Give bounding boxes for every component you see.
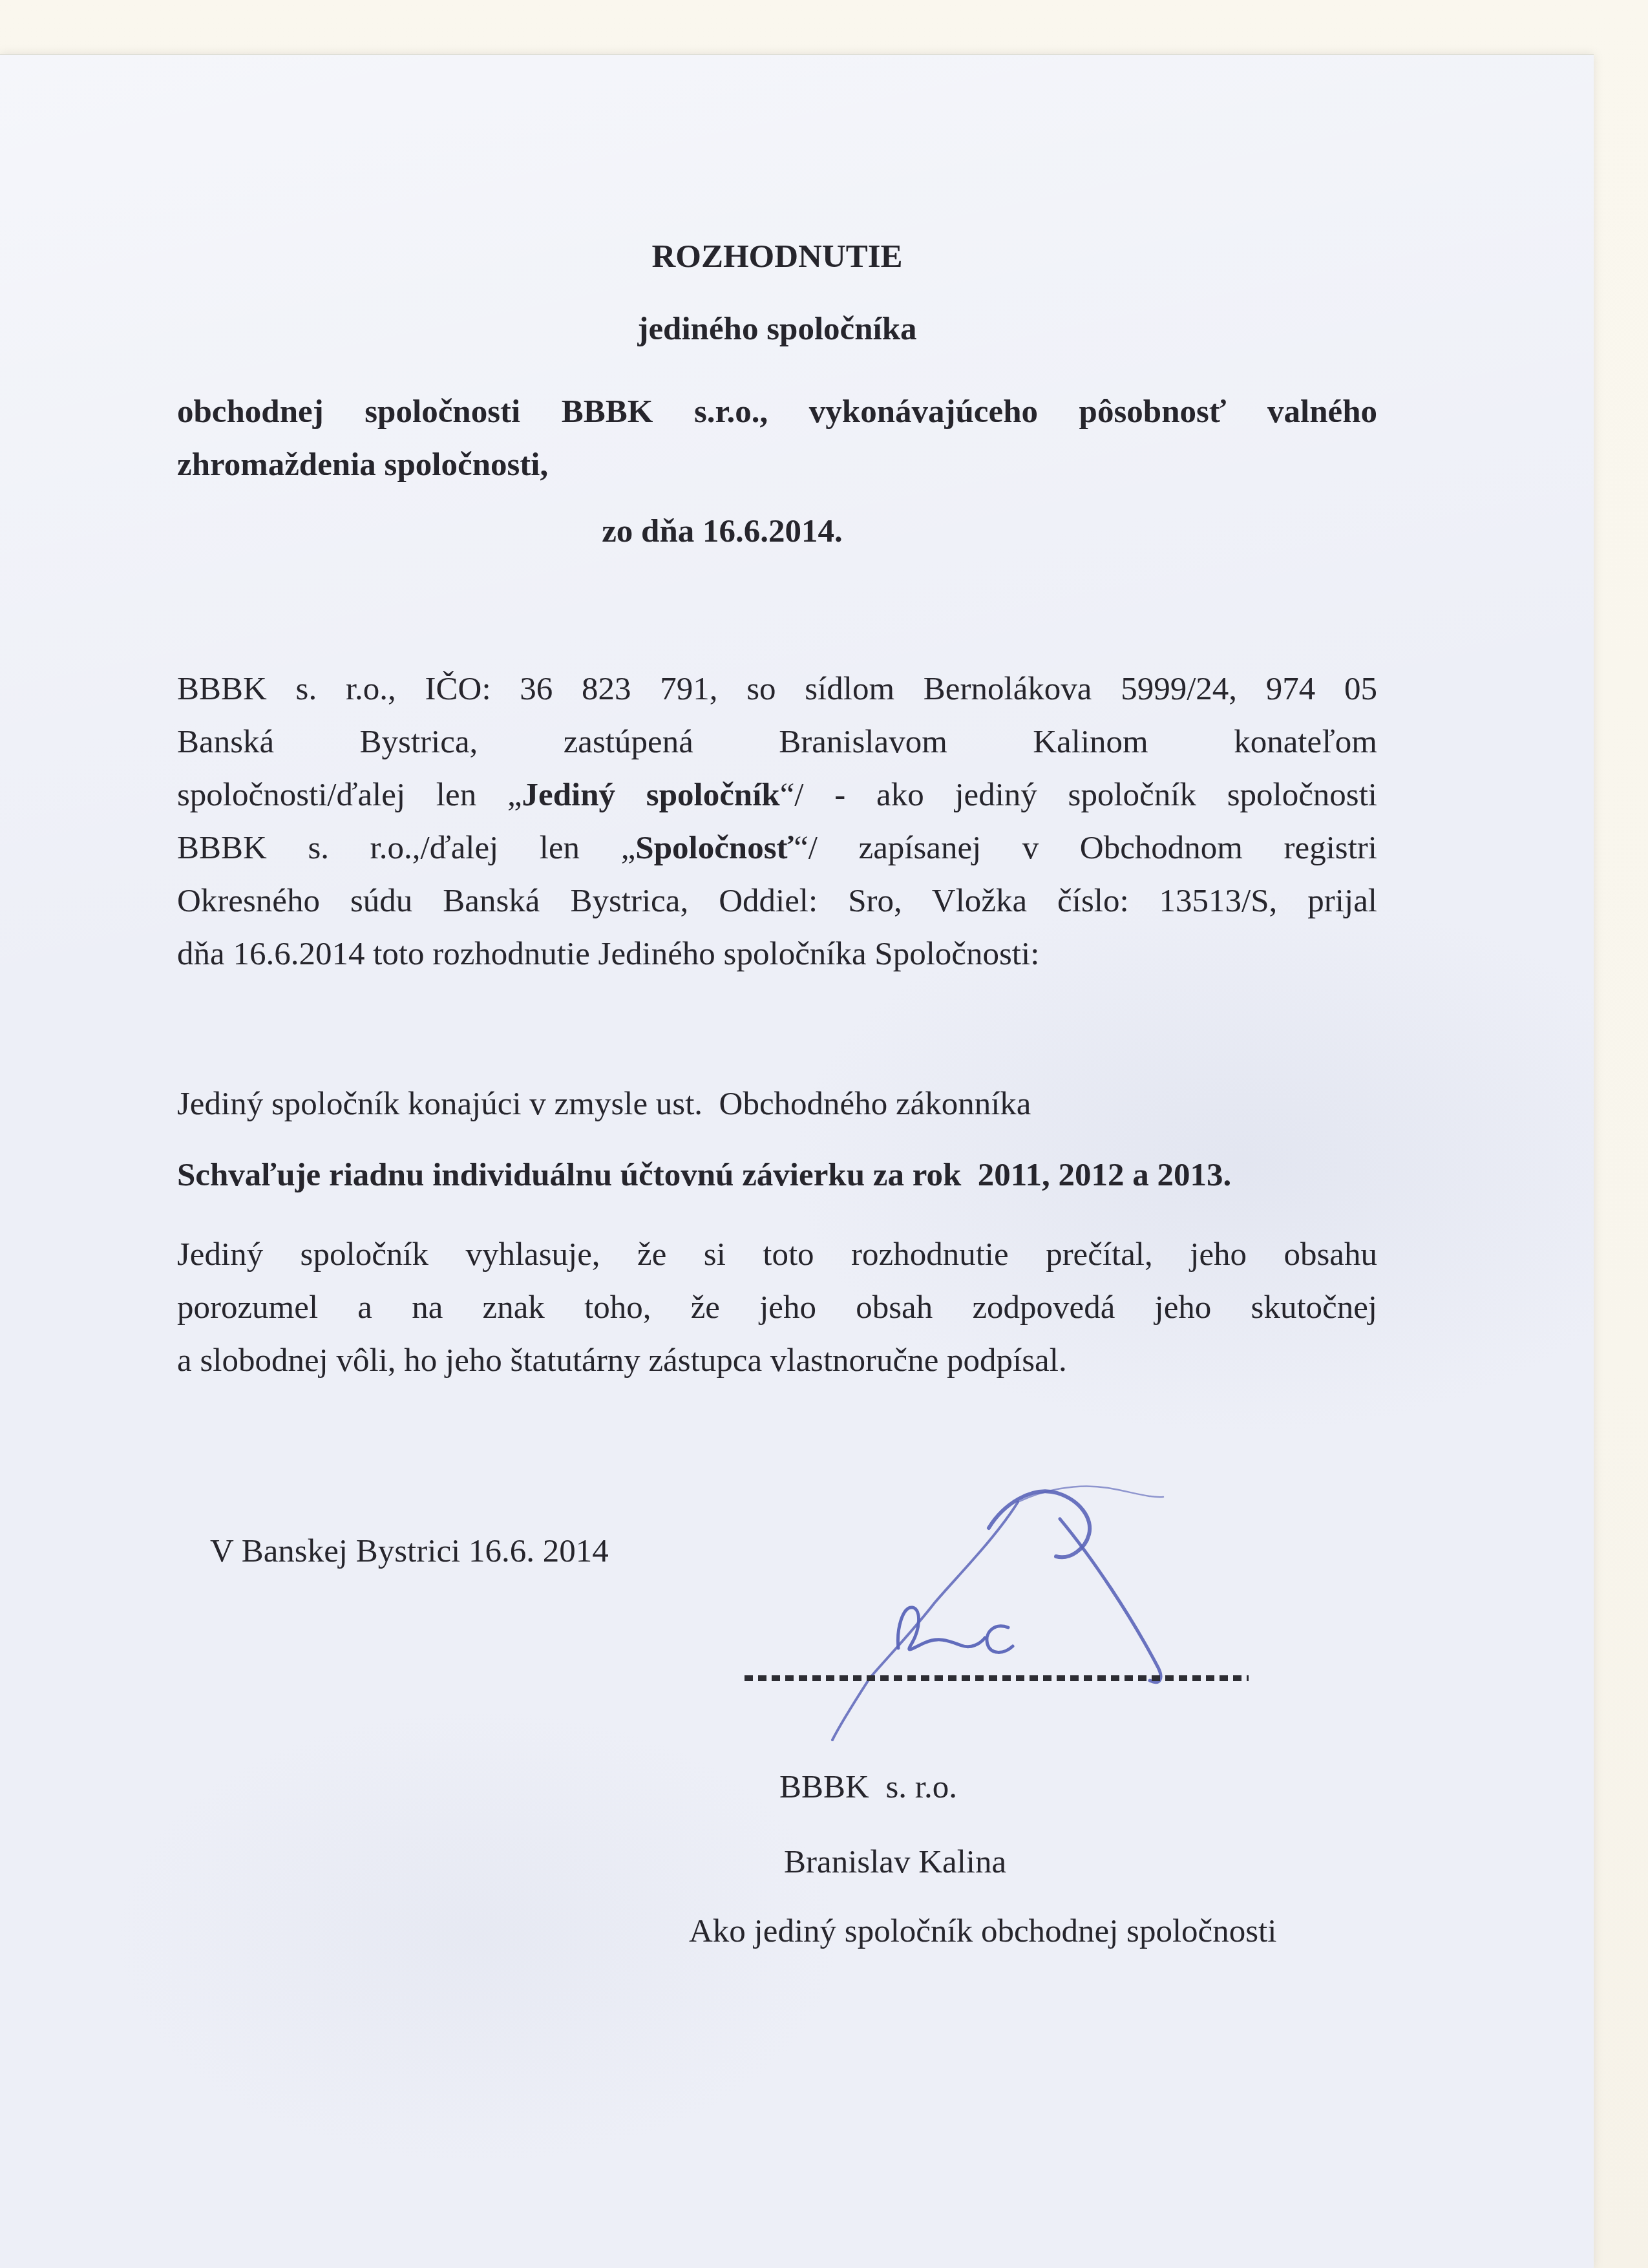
text-line: zhromaždenia spoločnosti, xyxy=(177,438,1377,491)
signature-company-text: BBBK s. r.o. xyxy=(779,1769,957,1805)
defined-term: Spoločnosť xyxy=(635,830,794,866)
signature-rule xyxy=(745,1675,1249,1681)
handwritten-signature xyxy=(801,1479,1202,1757)
text-line: BBBK s. r.o., IČO: 36 823 791, so sídlom… xyxy=(177,662,1377,715)
text-segment: “/ - ako jediný spoločník spoločnosti xyxy=(780,777,1377,813)
text-line: obchodnej spoločnosti BBBK s.r.o., vykon… xyxy=(177,385,1377,438)
intro-paragraph: obchodnej spoločnosti BBBK s.r.o., vykon… xyxy=(177,385,1377,491)
title-text: ROZHODNUTIE xyxy=(177,237,1377,277)
text-segment: “/ zapísanej v Obchodnom registri xyxy=(794,830,1377,866)
text-line: Jediný spoločník konajúci v zmysle ust. … xyxy=(177,1084,1377,1124)
date-line: zo dňa 16.6.2014. xyxy=(177,511,1267,551)
text-line: a slobodnej vôli, ho jeho štatutárny zás… xyxy=(177,1334,1377,1387)
defined-term: Jediný spoločník xyxy=(522,777,780,813)
clause-intro-line: Jediný spoločník konajúci v zmysle ust. … xyxy=(177,1084,1377,1124)
text-line: Banská Bystrica, zastúpená Branislavom K… xyxy=(177,715,1377,768)
declaration-paragraph: Jediný spoločník vyhlasuje, že si toto r… xyxy=(177,1228,1377,1387)
date-text: zo dňa 16.6.2014. xyxy=(177,511,1267,551)
text-line: porozumel a na znak toho, že jeho obsah … xyxy=(177,1281,1377,1334)
text-line: dňa 16.6.2014 toto rozhodnutie Jediného … xyxy=(177,927,1377,980)
signature-role-line: Ako jediný spoločník obchodnej spoločnos… xyxy=(656,1871,1276,1991)
main-paragraph: BBBK s. r.o., IČO: 36 823 791, so sídlom… xyxy=(177,662,1377,980)
text-line: Okresného súdu Banská Bystrica, Oddiel: … xyxy=(177,874,1377,927)
signature-role-text: Ako jediný spoločník obchodnej spoločnos… xyxy=(689,1913,1276,1949)
place-date-line: V Banskej Bystrici 16.6. 2014 xyxy=(177,1491,609,1611)
text-segment: BBBK s. r.o.,/ďalej len „ xyxy=(177,830,635,866)
text-line: BBBK s. r.o.,/ďalej len „Spoločnosť“/ za… xyxy=(177,821,1377,874)
subtitle-text: jediného spoločníka xyxy=(177,309,1377,349)
text-segment: spoločnosti/ďalej len „ xyxy=(177,777,522,813)
document-title: ROZHODNUTIE xyxy=(177,237,1377,277)
text-line: spoločnosti/ďalej len „Jediný spoločník“… xyxy=(177,768,1377,821)
resolution-line: Schvaľuje riadnu individuálnu účtovnú zá… xyxy=(177,1155,1377,1195)
text-line: Schvaľuje riadnu individuálnu účtovnú zá… xyxy=(177,1155,1377,1195)
text-line: Jediný spoločník vyhlasuje, že si toto r… xyxy=(177,1228,1377,1281)
scanner-background: ROZHODNUTIE jediného spoločníka obchodne… xyxy=(0,0,1648,2268)
document-subtitle: jediného spoločníka xyxy=(177,309,1377,349)
place-date-text: V Banskej Bystrici 16.6. 2014 xyxy=(210,1533,609,1569)
